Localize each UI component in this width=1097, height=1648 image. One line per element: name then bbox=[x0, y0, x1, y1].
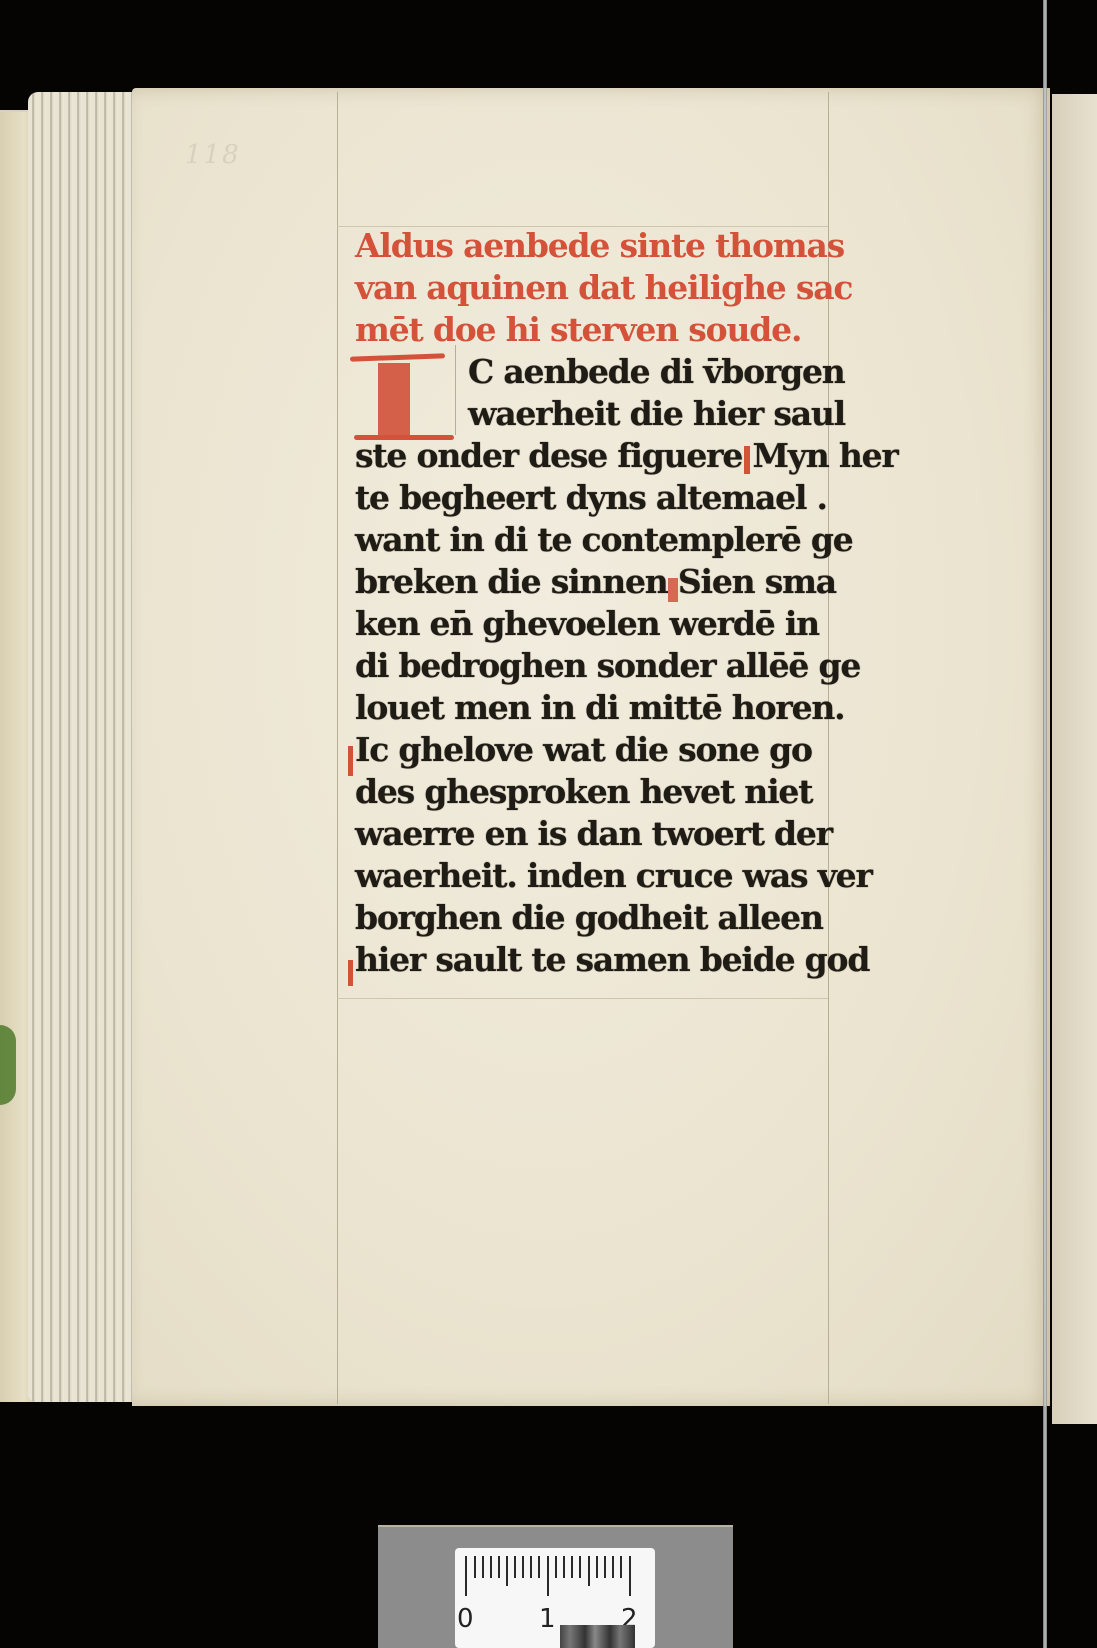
text-line-5: want in di te contemplerē ge bbox=[355, 520, 853, 560]
metal-clips bbox=[560, 1625, 635, 1648]
decorated-initial-I bbox=[350, 355, 442, 443]
rubric-touch-M bbox=[744, 446, 750, 474]
rubric-touch-h bbox=[348, 960, 353, 986]
rubric-line-2: van aquinen dat heilighe sac bbox=[355, 268, 852, 308]
text-line-15: hier sault te samen beide god bbox=[355, 940, 869, 980]
text-line-3: ste onder dese figuere Myn her bbox=[355, 436, 898, 476]
facing-page-edge bbox=[1052, 94, 1097, 1424]
ruling-bottom bbox=[337, 998, 828, 999]
text-line-8: di bedroghen sonder allēē ge bbox=[355, 646, 860, 686]
text-line-9: louet men in di mittē horen. bbox=[355, 688, 844, 728]
glass-plate-edge bbox=[1043, 0, 1047, 1648]
text-line-11: des ghesproken hevet niet bbox=[355, 772, 812, 812]
text-line-4: te begheert dyns altemael . bbox=[355, 478, 827, 518]
text-line-13: waerheit. inden cruce was ver bbox=[355, 856, 872, 896]
text-line-1: C aenbede di v̄borgen bbox=[468, 352, 845, 392]
text-line-10: Ic ghelove wat die sone go bbox=[355, 730, 812, 770]
page-stack-edges bbox=[28, 92, 140, 1402]
ruling-initial bbox=[455, 345, 456, 435]
ruling-left bbox=[337, 92, 338, 1404]
text-line-2: waerheit die hier saul bbox=[468, 394, 845, 434]
green-mark bbox=[0, 1025, 16, 1105]
text-line-14: borghen die godheit alleen bbox=[355, 898, 823, 938]
text-line-7: ken en̄ ghevoelen werdē in bbox=[355, 604, 819, 644]
rubric-line-3: mēt doe hi sterven soude. bbox=[355, 310, 801, 350]
scale-label-1: 1 bbox=[539, 1604, 556, 1634]
scale-label-0: 0 bbox=[457, 1604, 474, 1634]
text-line-12: waerre en is dan twoert der bbox=[355, 814, 832, 854]
rubric-touch-S bbox=[668, 578, 678, 602]
rubric-touch-I bbox=[348, 746, 353, 776]
rubric-line-1: Aldus aenbede sinte thomas bbox=[355, 226, 844, 266]
folio-number-faint: 118 bbox=[185, 140, 241, 170]
text-line-6: breken die sinnen Sien sma bbox=[355, 562, 836, 602]
